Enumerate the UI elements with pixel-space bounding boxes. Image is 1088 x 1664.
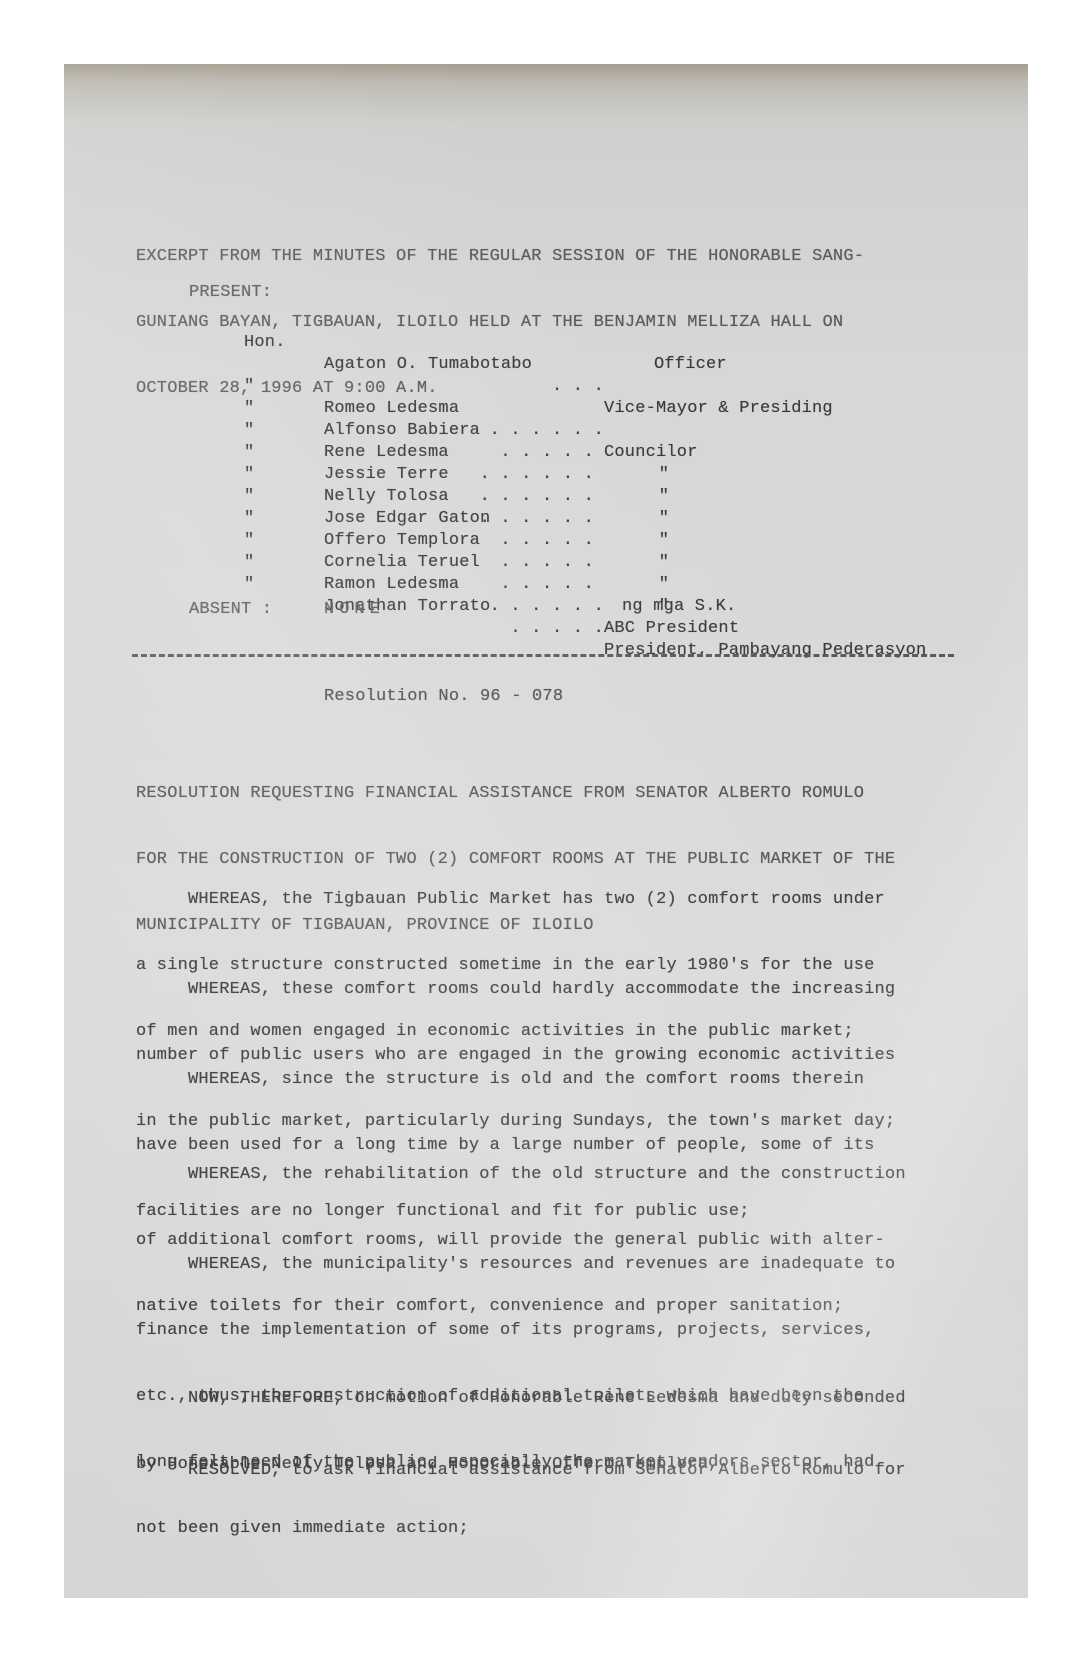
member-row: " Cornelia Teruel . . . . . " — [64, 508, 1028, 530]
member-role-continuation: Officer — [64, 332, 1028, 354]
absent-value: NONE — [324, 599, 385, 621]
member-row: " Romeo Ledesma . . . . . . Councilor — [64, 354, 1028, 376]
paragraph-line: WHEREAS, these comfort rooms could hardl… — [136, 979, 966, 1001]
paragraph-line: NOW, THEREFORE, on motion of Honorable R… — [136, 1388, 966, 1410]
paragraph-line: WHEREAS, the Tigbauan Public Market has … — [136, 889, 966, 911]
paragraph-line: WHEREAS, since the structure is old and … — [136, 1069, 966, 1091]
paragraph-line: WHEREAS, the rehabilitation of the old s… — [136, 1164, 966, 1186]
member-row: " Alfonso Babiera . . . . . " — [64, 376, 1028, 398]
paragraph-line: WHEREAS, the municipality's resources an… — [136, 1254, 966, 1276]
member-role-cont: ng mga S.K. — [622, 596, 736, 618]
member-row: " Nelly Tolosa . . . . . . " — [64, 442, 1028, 464]
header-line: EXCERPT FROM THE MINUTES OF THE REGULAR … — [136, 246, 864, 268]
member-row: " Offero Templora . . . . . " — [64, 486, 1028, 508]
member-row: Hon. Agaton O. Tumabotabo . . . Vice-May… — [64, 310, 1028, 332]
absent-label: ABSENT : — [189, 599, 272, 621]
document-page: EXCERPT FROM THE MINUTES OF THE REGULAR … — [64, 64, 1028, 1598]
present-label: PRESENT: — [189, 282, 272, 304]
member-row: " Rene Ledesma . . . . . . " — [64, 398, 1028, 420]
title-line: RESOLUTION REQUESTING FINANCIAL ASSISTAN… — [136, 783, 895, 805]
member-role: President, Pambayang Pederasyon — [604, 640, 926, 662]
dashed-separator — [132, 654, 954, 657]
member-row: " Ramon Ledesma . . . . . . ABC Presiden… — [64, 530, 1028, 552]
paragraph-line: RESOLVED, to ask financial assistance fr… — [136, 1460, 966, 1482]
member-role: ABC President — [604, 618, 739, 640]
member-row: " Jonathan Torrato . . . . . President, … — [64, 552, 1028, 574]
paragraph-line: finance the implementation of some of it… — [136, 1320, 966, 1342]
resolution-number: Resolution No. 96 - 078 — [324, 686, 563, 708]
member-row: " Jessie Terre . . . . . . " — [64, 420, 1028, 442]
member-row: " Jose Edgar Gaton . . . . . " — [64, 464, 1028, 486]
leader-dots: . . . . . — [424, 618, 604, 640]
member-role-continuation: ng mga S.K. — [64, 574, 1028, 596]
resolved-paragraph: RESOLVED, to ask financial assistance fr… — [136, 1416, 966, 1526]
